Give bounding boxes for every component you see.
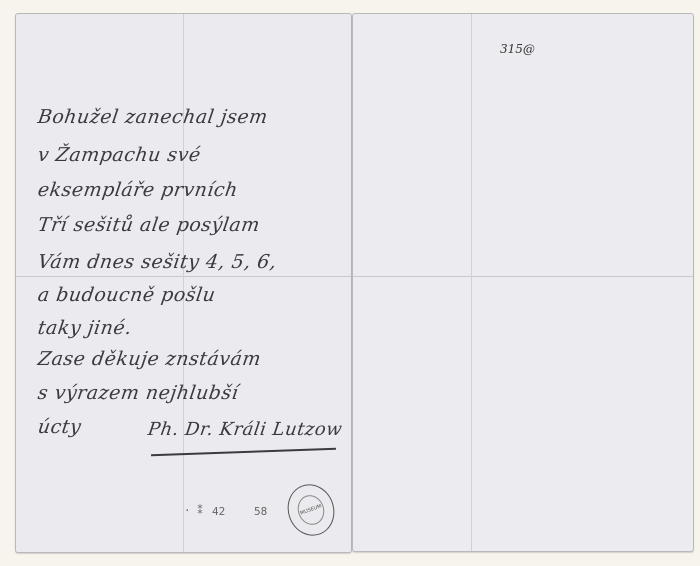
horizontal-fold-line (353, 276, 693, 277)
letter-line-4: Tří sešitů ale posýlam (36, 214, 261, 236)
reference-number: 315@ (500, 42, 535, 56)
vertical-fold-line (183, 14, 184, 552)
letter-line-6: a budoucně pošlu (36, 284, 217, 306)
left-letter-page: Bohužel zanechal jsem v Žampachu své eks… (15, 13, 352, 553)
signature: Ph. Dr. Králi Lutzow (147, 419, 344, 440)
letter-line-2: v Žampachu své (36, 144, 202, 166)
letter-line-10: úcty (36, 416, 82, 438)
letter-line-1: Bohužel zanechal jsem (36, 106, 269, 128)
vertical-fold-line (471, 14, 472, 551)
archive-mark-dots: · ⁑ (184, 504, 203, 517)
letter-line-8: Zase děkuje znstávám (36, 348, 262, 370)
archive-number-1: 42 (212, 505, 225, 518)
stamp-text: MUSEUM (300, 503, 323, 516)
letter-line-9: s výrazem nejhlubší (36, 382, 239, 404)
signature-underline (151, 448, 336, 456)
museum-stamp: MUSEUM (280, 478, 341, 543)
stamp-inner-circle: MUSEUM (294, 491, 329, 528)
letter-line-3: eksempláře prvních (36, 179, 239, 201)
letter-line-5: Vám dnes sešity 4, 5, 6, (36, 251, 278, 273)
right-letter-page: 315@ (352, 13, 694, 552)
letter-line-7: taky jiné. (36, 317, 133, 339)
archive-number-2: 58 (254, 505, 267, 518)
